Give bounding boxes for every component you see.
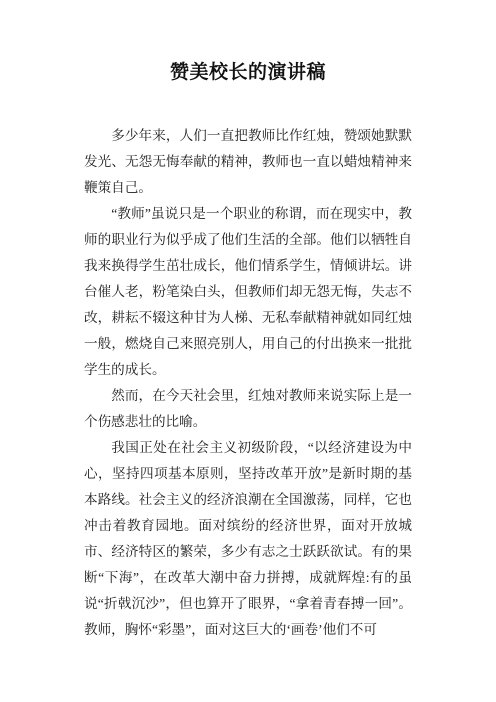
- document-title: 赞美校长的演讲稿: [0, 0, 496, 84]
- paragraph-economic-era: 我国正处在社会主义初级阶段，“以经济建设为中心，坚持四项基本原则，坚持改革开放”…: [84, 435, 412, 643]
- document-body: 多少年来，人们一直把教师比作红烛，赞颂她默默发光、无怨无悔奉献的精神，教师也一直…: [84, 123, 412, 643]
- paragraph-sad-metaphor: 然而，在今天社会里，红烛对教师来说实际上是一个伤感悲壮的比喻。: [84, 383, 412, 435]
- document-page: 赞美校长的演讲稿 多少年来，人们一直把教师比作红烛，赞颂她默默发光、无怨无悔奉献…: [0, 0, 496, 702]
- paragraph-red-candle-metaphor: 多少年来，人们一直把教师比作红烛，赞颂她默默发光、无怨无悔奉献的精神，教师也一直…: [84, 123, 412, 201]
- paragraph-teacher-profession: “教师”虽说只是一个职业的称谓，而在现实中，教师的职业行为似乎成了他们生活的全部…: [84, 201, 412, 383]
